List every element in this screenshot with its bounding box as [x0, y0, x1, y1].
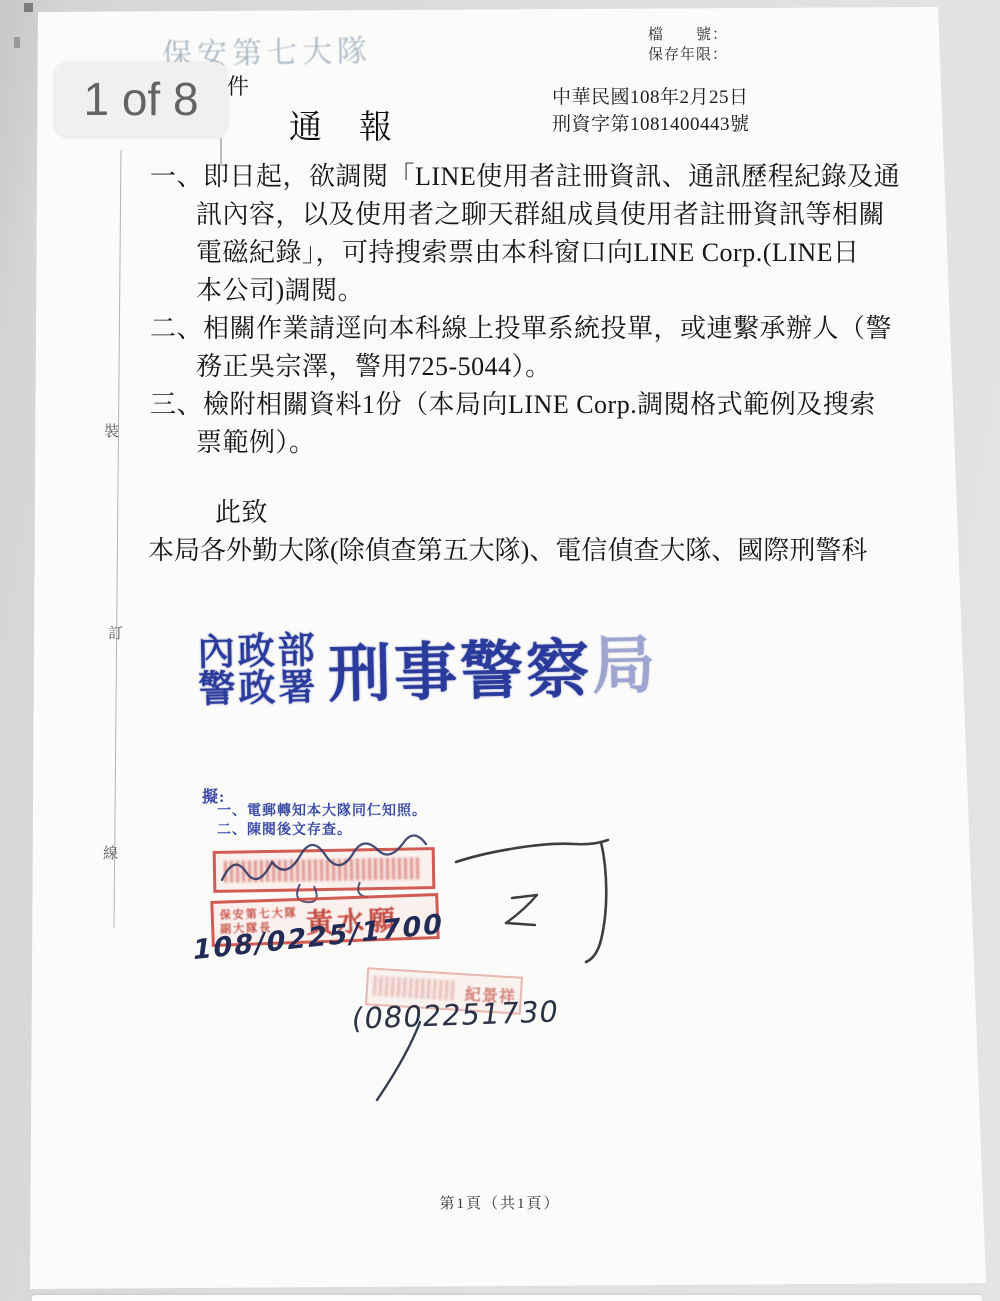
body-line: 本公司)調閱。: [196, 270, 364, 307]
body-line: 訊內容，以及使用者之聊天群組成員使用者註冊資訊等相關: [196, 194, 885, 231]
margin-char-ding: 訂: [108, 622, 123, 643]
handwritten-note-line1: 一、電郵轉知本大隊同仁知照。: [217, 800, 427, 820]
document-viewer: 保安第七大隊 件 檔 號： 保存年限： 中華民國108年2月25日 刑資字第10…: [0, 0, 1000, 1301]
next-page-edge[interactable]: [32, 1295, 982, 1301]
agency-stamp-large-text: 刑事警察局: [327, 617, 659, 715]
agency-stamp-small-column: 內政部 警政署: [197, 634, 318, 709]
page-footer: 第1頁（共1頁）: [439, 1192, 560, 1213]
body-line: 票範例）。: [196, 422, 316, 459]
body-line: 務正吳宗澤，警用725-5044）。: [196, 346, 552, 383]
margin-char-xian: 線: [103, 842, 118, 863]
closing-phrase: 此致: [215, 492, 268, 529]
file-number-label: 檔 號：: [648, 26, 728, 46]
scan-artifact: [14, 37, 20, 48]
body-line: 一、即日起，欲調閱「LINE使用者註冊資訊、通訊歷程紀錄及通: [150, 156, 900, 193]
recipients-line: 本局各外勤大隊(除偵查第五大隊)、電信偵查大隊、國際刑警科: [148, 530, 867, 567]
document-page[interactable]: 保安第七大隊 件 檔 號： 保存年限： 中華民國108年2月25日 刑資字第10…: [0, 0, 1000, 1301]
scan-artifact: [24, 3, 33, 12]
margin-char-zhuang: 裝: [104, 420, 119, 441]
body-line: 電磁紀錄」，可持搜索票由本科窗口向LINE Corp.(LINE日: [196, 232, 860, 269]
page-indicator-badge: 1 of 8: [55, 62, 227, 136]
body-line: 三、檢附相關資料1份（本局向LINE Corp.調閱格式範例及搜索: [150, 384, 876, 421]
approval-stamp-box-1: [213, 847, 436, 893]
agency-stamp: 內政部 警政署 刑事警察局: [197, 617, 659, 718]
body-line: 二、相關作業請逕向本科線上投單系統投單，或連繫承辦人（警: [150, 308, 892, 345]
document-title: 通 報: [289, 101, 394, 148]
document-number: 刑資字第1081400443號: [552, 111, 750, 139]
handwritten-number: (0802251730: [350, 994, 562, 1035]
retention-label: 保存年限：: [648, 46, 728, 66]
document-date: 中華民國108年2月25日: [552, 84, 749, 112]
handwritten-note-line2: 二、陳閱後文存查。: [217, 819, 352, 839]
attachment-char: 件: [227, 70, 250, 101]
